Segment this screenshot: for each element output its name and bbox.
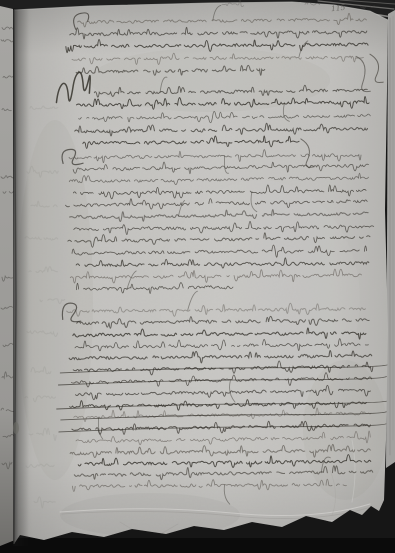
facing-page-strip <box>0 6 15 546</box>
folio-number: 115 <box>330 3 345 13</box>
gutter-blemish <box>13 422 19 434</box>
scan-canvas: 115 <box>0 0 395 553</box>
scan-bottom-band <box>0 538 395 553</box>
manuscript-scan: 115 <box>0 0 395 553</box>
